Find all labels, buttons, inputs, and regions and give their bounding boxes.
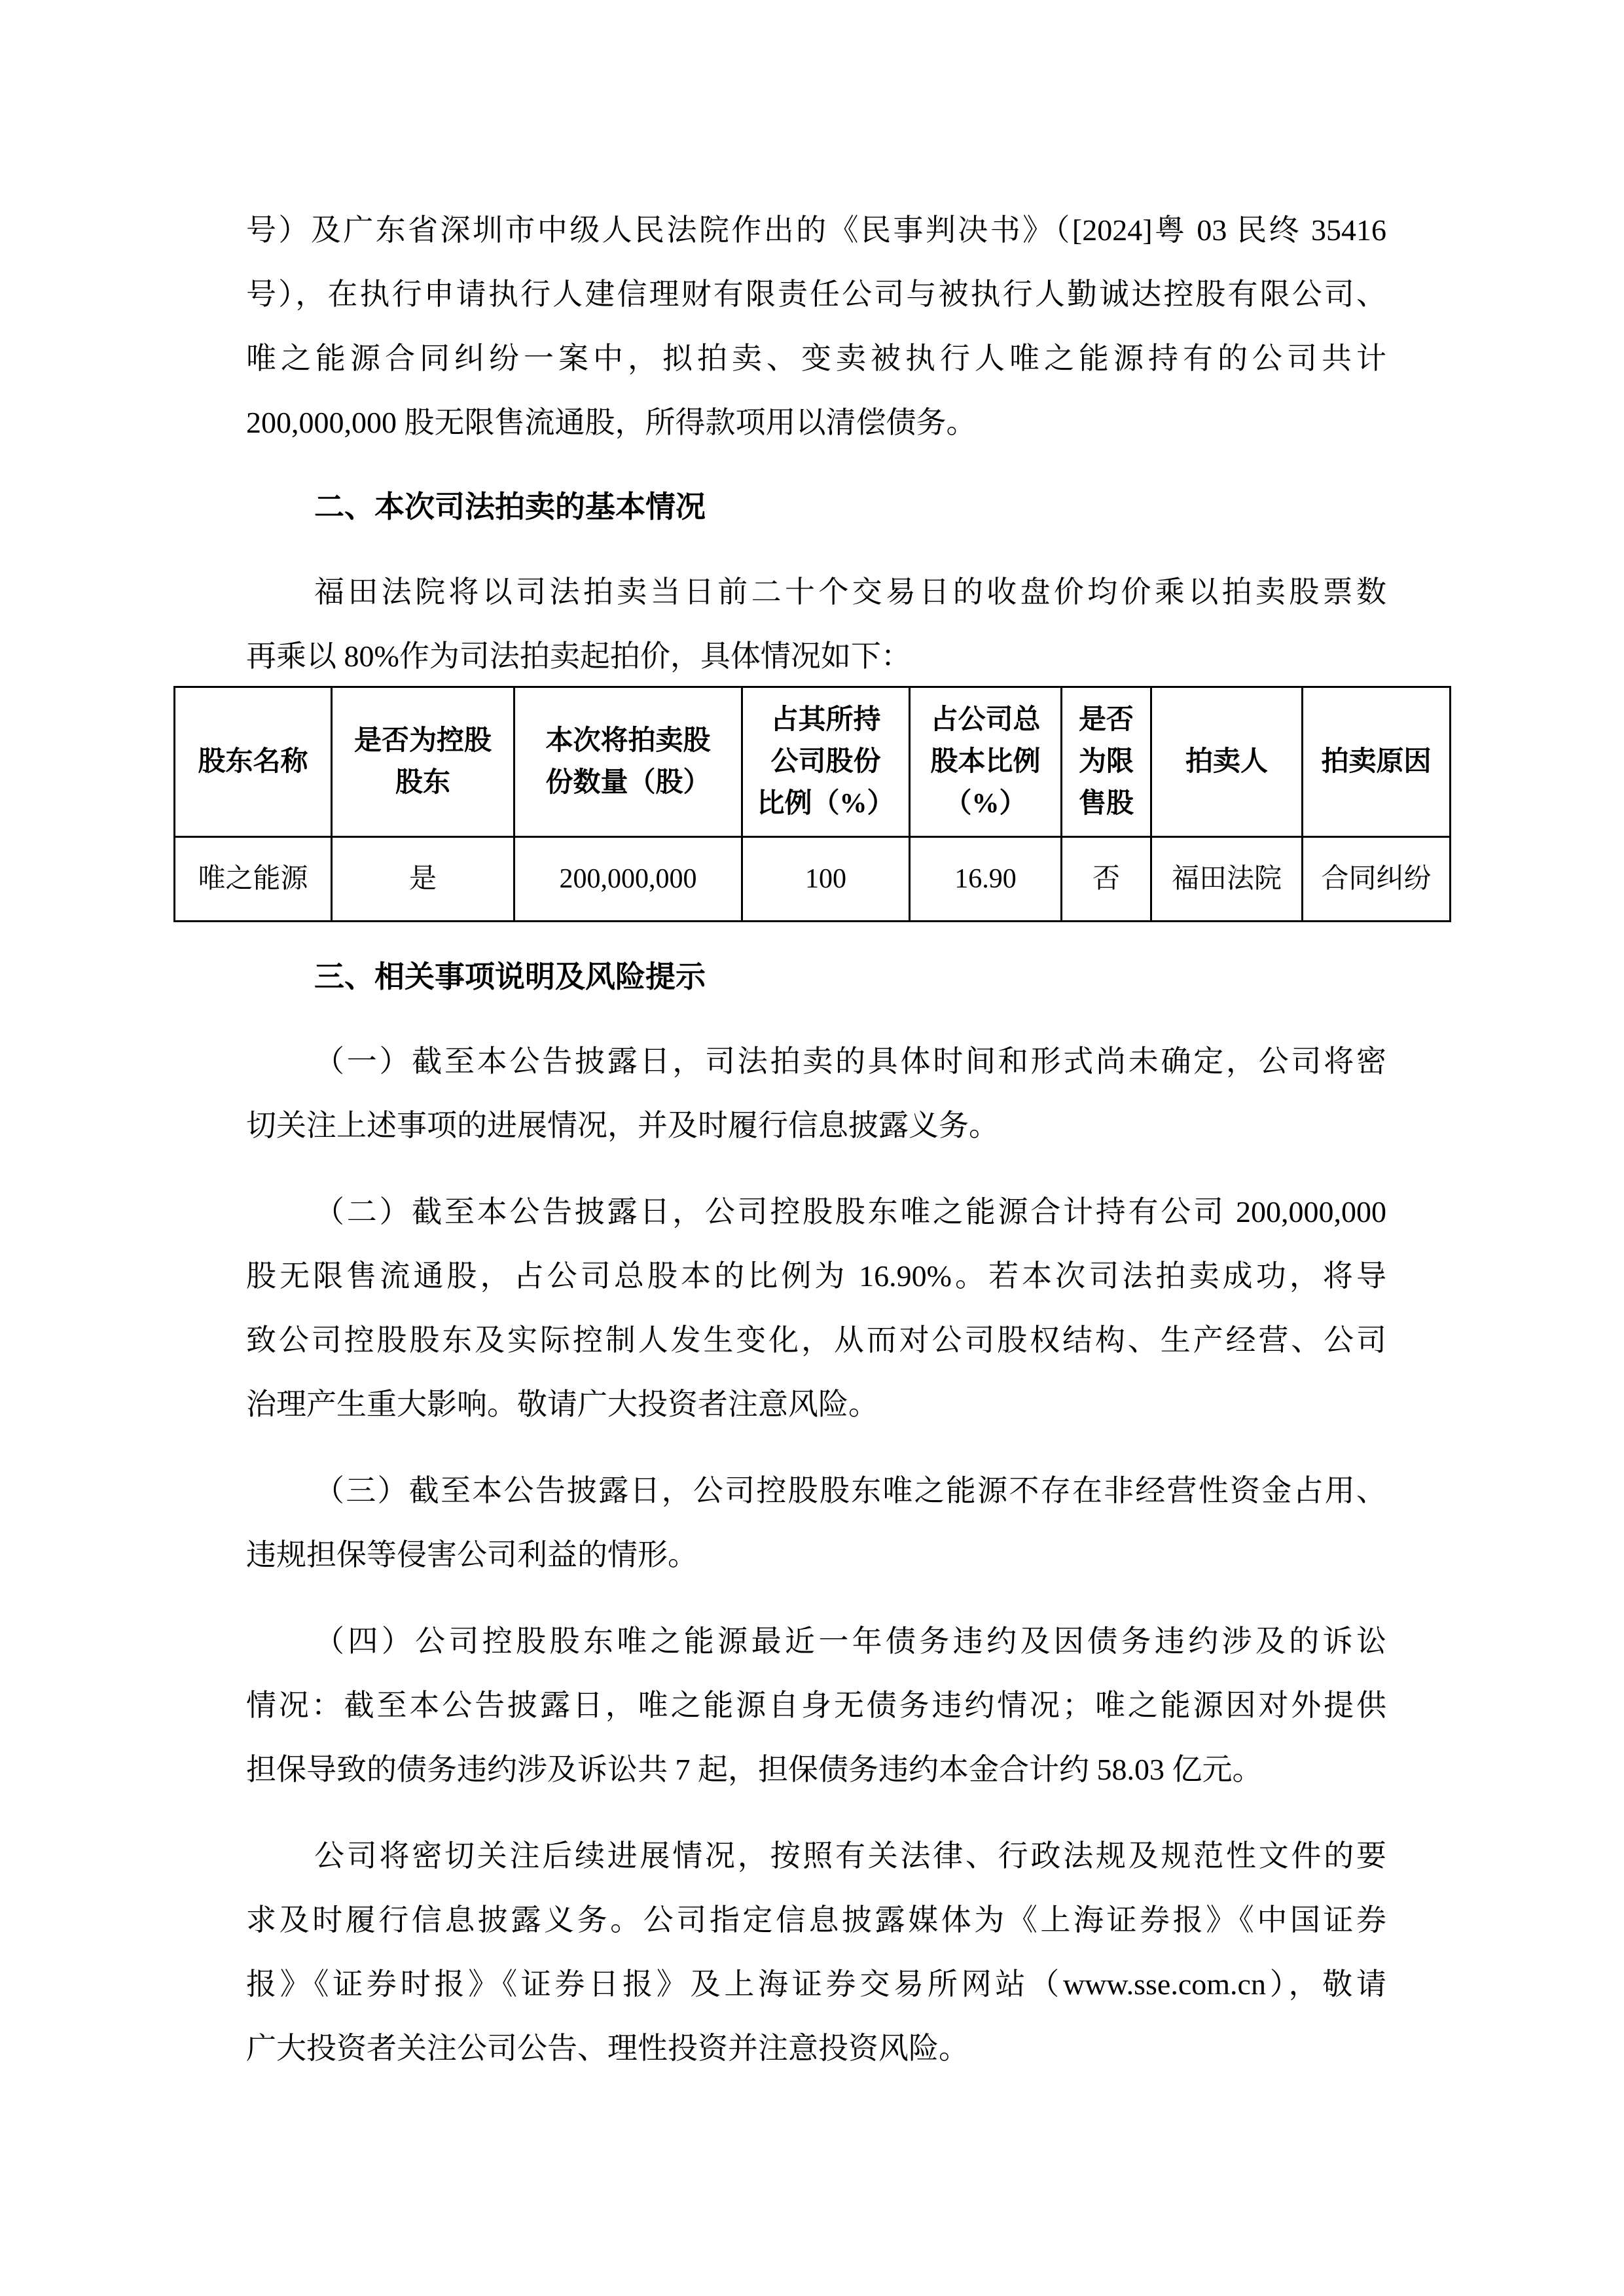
header-is-restricted: 是否为限售股: [1062, 687, 1151, 837]
header-shareholder-name: 股东名称: [175, 687, 332, 837]
text-line: 广大投资者关注公司公告、理性投资并注意投资风险。: [246, 2017, 1386, 2081]
cell-auctioneer: 福田法院: [1151, 837, 1303, 922]
cell-is-restricted: 否: [1062, 837, 1151, 922]
text-line: 股无限售流通股，占公司总股本的比例为 16.90%。若本次司法拍卖成功，将导: [246, 1244, 1386, 1308]
text-line: 求及时履行信息披露义务。公司指定信息披露媒体为《上海证券报》《中国证券: [246, 1888, 1386, 1952]
text-line: 200,000,000 股无限售流通股，所得款项用以清偿债务。: [246, 391, 1386, 455]
text-line: （四）公司控股股东唯之能源最近一年债务违约及因债务违约涉及的诉讼: [314, 1609, 1386, 1674]
header-auctioneer: 拍卖人: [1151, 687, 1303, 837]
text-line: 福田法院将以司法拍卖当日前二十个交易日的收盘价均价乘以拍卖股票数: [314, 560, 1386, 624]
text-line: 号）及广东省深圳市中级人民法院作出的《民事判决书》（[2024]粤 03 民终 …: [246, 198, 1386, 262]
cell-pct-own-holdings: 100: [742, 837, 910, 922]
cell-pct-total-capital: 16.90: [910, 837, 1062, 922]
header-auction-reason: 拍卖原因: [1303, 687, 1451, 837]
text-line: （二）截至本公告披露日，公司控股股东唯之能源合计持有公司 200,000,000: [314, 1180, 1386, 1244]
text-line: 报》《证券时报》《证券日报》及上海证券交易所网站（www.sse.com.cn）…: [246, 1952, 1386, 2017]
cell-shareholder-name: 唯之能源: [175, 837, 332, 922]
text-line: 号），在执行申请执行人建信理财有限责任公司与被执行人勤诚达控股有限公司、: [246, 262, 1386, 327]
text-line: 致公司控股股东及实际控制人发生变化，从而对公司股权结构、生产经营、公司: [246, 1308, 1386, 1372]
section-heading-risk-notes: 三、相关事项说明及风险提示: [314, 945, 1386, 1009]
header-is-controlling: 是否为控股股东: [332, 687, 514, 837]
header-pct-own-holdings: 占其所持公司股份比例（%）: [742, 687, 910, 837]
table-row: 唯之能源 是 200,000,000 100 16.90 否 福田法院 合同纠纷: [175, 837, 1451, 922]
text-line: 公司将密切关注后续进展情况，按照有关法律、行政法规及规范性文件的要: [314, 1824, 1386, 1888]
text-line: 违规担保等侵害公司利益的情形。: [246, 1523, 1386, 1587]
auction-details-table: 股东名称 是否为控股股东 本次将拍卖股份数量（股） 占其所持公司股份比例（%） …: [173, 686, 1451, 922]
text-line: 担保导致的债务违约涉及诉讼共 7 起，担保债务违约本金合计约 58.03 亿元。: [246, 1738, 1386, 1802]
text-line: （一）截至本公告披露日，司法拍卖的具体时间和形式尚未确定，公司将密: [314, 1030, 1386, 1094]
text-line: 唯之能源合同纠纷一案中，拟拍卖、变卖被执行人唯之能源持有的公司共计: [246, 327, 1386, 391]
table-header-row: 股东名称 是否为控股股东 本次将拍卖股份数量（股） 占其所持公司股份比例（%） …: [175, 687, 1451, 837]
text-line: 切关注上述事项的进展情况，并及时履行信息披露义务。: [246, 1094, 1386, 1158]
cell-is-controlling: 是: [332, 837, 514, 922]
header-share-count: 本次将拍卖股份数量（股）: [514, 687, 742, 837]
text-line: 治理产生重大影响。敬请广大投资者注意风险。: [246, 1372, 1386, 1437]
text-line: （三）截至本公告披露日，公司控股股东唯之能源不存在非经营性资金占用、: [314, 1459, 1386, 1523]
text-line: 再乘以 80%作为司法拍卖起拍价，具体情况如下：: [246, 624, 1386, 689]
cell-auction-reason: 合同纠纷: [1303, 837, 1451, 922]
cell-share-count: 200,000,000: [514, 837, 742, 922]
header-pct-total-capital: 占公司总股本比例（%）: [910, 687, 1062, 837]
section-heading-auction-basics: 二、本次司法拍卖的基本情况: [314, 475, 1386, 539]
text-line: 情况：截至本公告披露日，唯之能源自身无债务违约情况；唯之能源因对外提供: [246, 1674, 1386, 1738]
